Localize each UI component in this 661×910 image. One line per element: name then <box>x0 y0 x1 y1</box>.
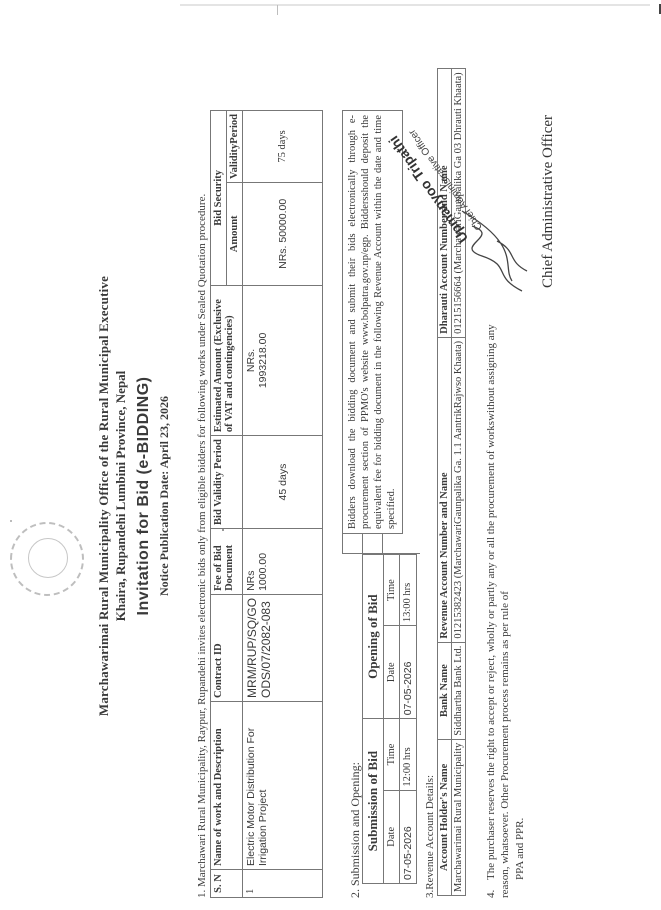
col-estimate: Estimated Amount (Exclusive of VAT and c… <box>211 285 243 435</box>
col-security-amount: Amount <box>227 182 243 285</box>
scan-speck <box>10 520 12 522</box>
cell-work-name: Electric Motor Distribution For Irrigati… <box>243 701 323 869</box>
signature-icon <box>452 206 532 296</box>
cell-contract-id: MRM/RUP/SQ/GOODS/07/2082-083 <box>243 594 323 701</box>
col-validity: Bid Validity Period <box>211 436 243 529</box>
col-bid-security: Bid Security <box>211 111 227 286</box>
col-fee: Fee of Bid Document <box>211 528 243 594</box>
col-name: Name of work and Description <box>211 701 243 869</box>
cell-validity: 45 days <box>243 436 323 529</box>
col-revenue-account: Revenue Account Number and Name <box>438 337 452 642</box>
office-address: Khaira, Rupandehi Lumbini Province, Nepa… <box>113 86 129 906</box>
signatory-title: Chief Administrative Officer <box>540 115 557 288</box>
office-name: Marchawarimai Rural Municipality Office … <box>96 86 112 906</box>
bidders-note: Bidders download the bidding document an… <box>342 110 403 534</box>
col-security-validity: ValidityPeriod <box>227 111 243 183</box>
col-contract-id: Contract ID <box>211 594 243 701</box>
clause-4: 4.The purchaser reserves the right to ac… <box>484 298 527 898</box>
estimate-currency: NRs. <box>245 289 257 432</box>
opening-date: 07-05-2026 <box>400 626 417 719</box>
estimate-value: 1993218.00 <box>257 289 269 432</box>
cell-fee: NRs 1000.00 <box>243 528 323 594</box>
municipality-emblem-icon <box>10 522 84 596</box>
submission-date: 07-05-2026 <box>400 790 417 883</box>
col-bank: Bank Name <box>438 642 452 739</box>
notice-header: Marchawarimai Rural Municipality Office … <box>92 86 172 906</box>
intro-paragraph: 1. Marchawari Rural Municipality, Raypur… <box>196 194 208 898</box>
signature-block: Upmanyoo Tripathi Chief Administrative O… <box>432 96 562 316</box>
cell-revenue-account: 01215382423 (MarchawariGaunpalika Ga. 1.… <box>452 337 466 642</box>
scan-mark <box>277 5 278 15</box>
opening-date-label: Date <box>384 626 400 719</box>
note-grid <box>342 533 420 554</box>
submission-time: 12:00 hrs <box>400 719 417 790</box>
cell-security-amount: NRs. 50000.00 <box>243 182 323 285</box>
scan-edge <box>180 4 650 6</box>
opening-header: Opening of Bid <box>363 555 384 719</box>
clause-number: 4. <box>484 880 498 898</box>
cell-holder: Marchawarimai Rural Municipality <box>452 739 466 895</box>
col-sn: S. N <box>211 870 243 898</box>
notice-page: Marchawarimai Rural Municipality Office … <box>92 86 562 906</box>
cell-security-validity: 75 days <box>243 111 323 183</box>
cell-estimate: NRs. 1993218.00 <box>243 285 323 435</box>
publication-date: Notice Publication Date: April 23, 2026 <box>157 86 172 906</box>
opening-time: 13:00 hrs <box>400 555 417 626</box>
submission-header: Submission of Bid <box>363 719 384 884</box>
submission-date-label: Date <box>384 790 400 883</box>
col-holder: Account Holder's Name <box>438 739 452 895</box>
submission-time-label: Time <box>384 719 400 790</box>
notice-title: Invitation for Bid (e-BIDDING) <box>135 86 153 906</box>
submission-section-label: 2. Submission and Opening: <box>348 762 363 898</box>
revenue-section-label: 3.Revenue Account Details: <box>424 775 436 898</box>
works-table: S. N Name of work and Description Contra… <box>210 110 323 898</box>
clause-text-cont: PPA and PPR. <box>513 298 527 898</box>
cell-bank: Siddhartha Bank Ltd. <box>452 642 466 739</box>
clause-text: The purchaser reserves the right to acce… <box>485 324 511 898</box>
cell-sn: 1 <box>243 870 323 898</box>
submission-table: Submission of Bid Opening of Bid Date Ti… <box>362 554 417 884</box>
table-row: 1 Electric Motor Distribution For Irriga… <box>243 111 323 898</box>
opening-time-label: Time <box>384 555 400 626</box>
